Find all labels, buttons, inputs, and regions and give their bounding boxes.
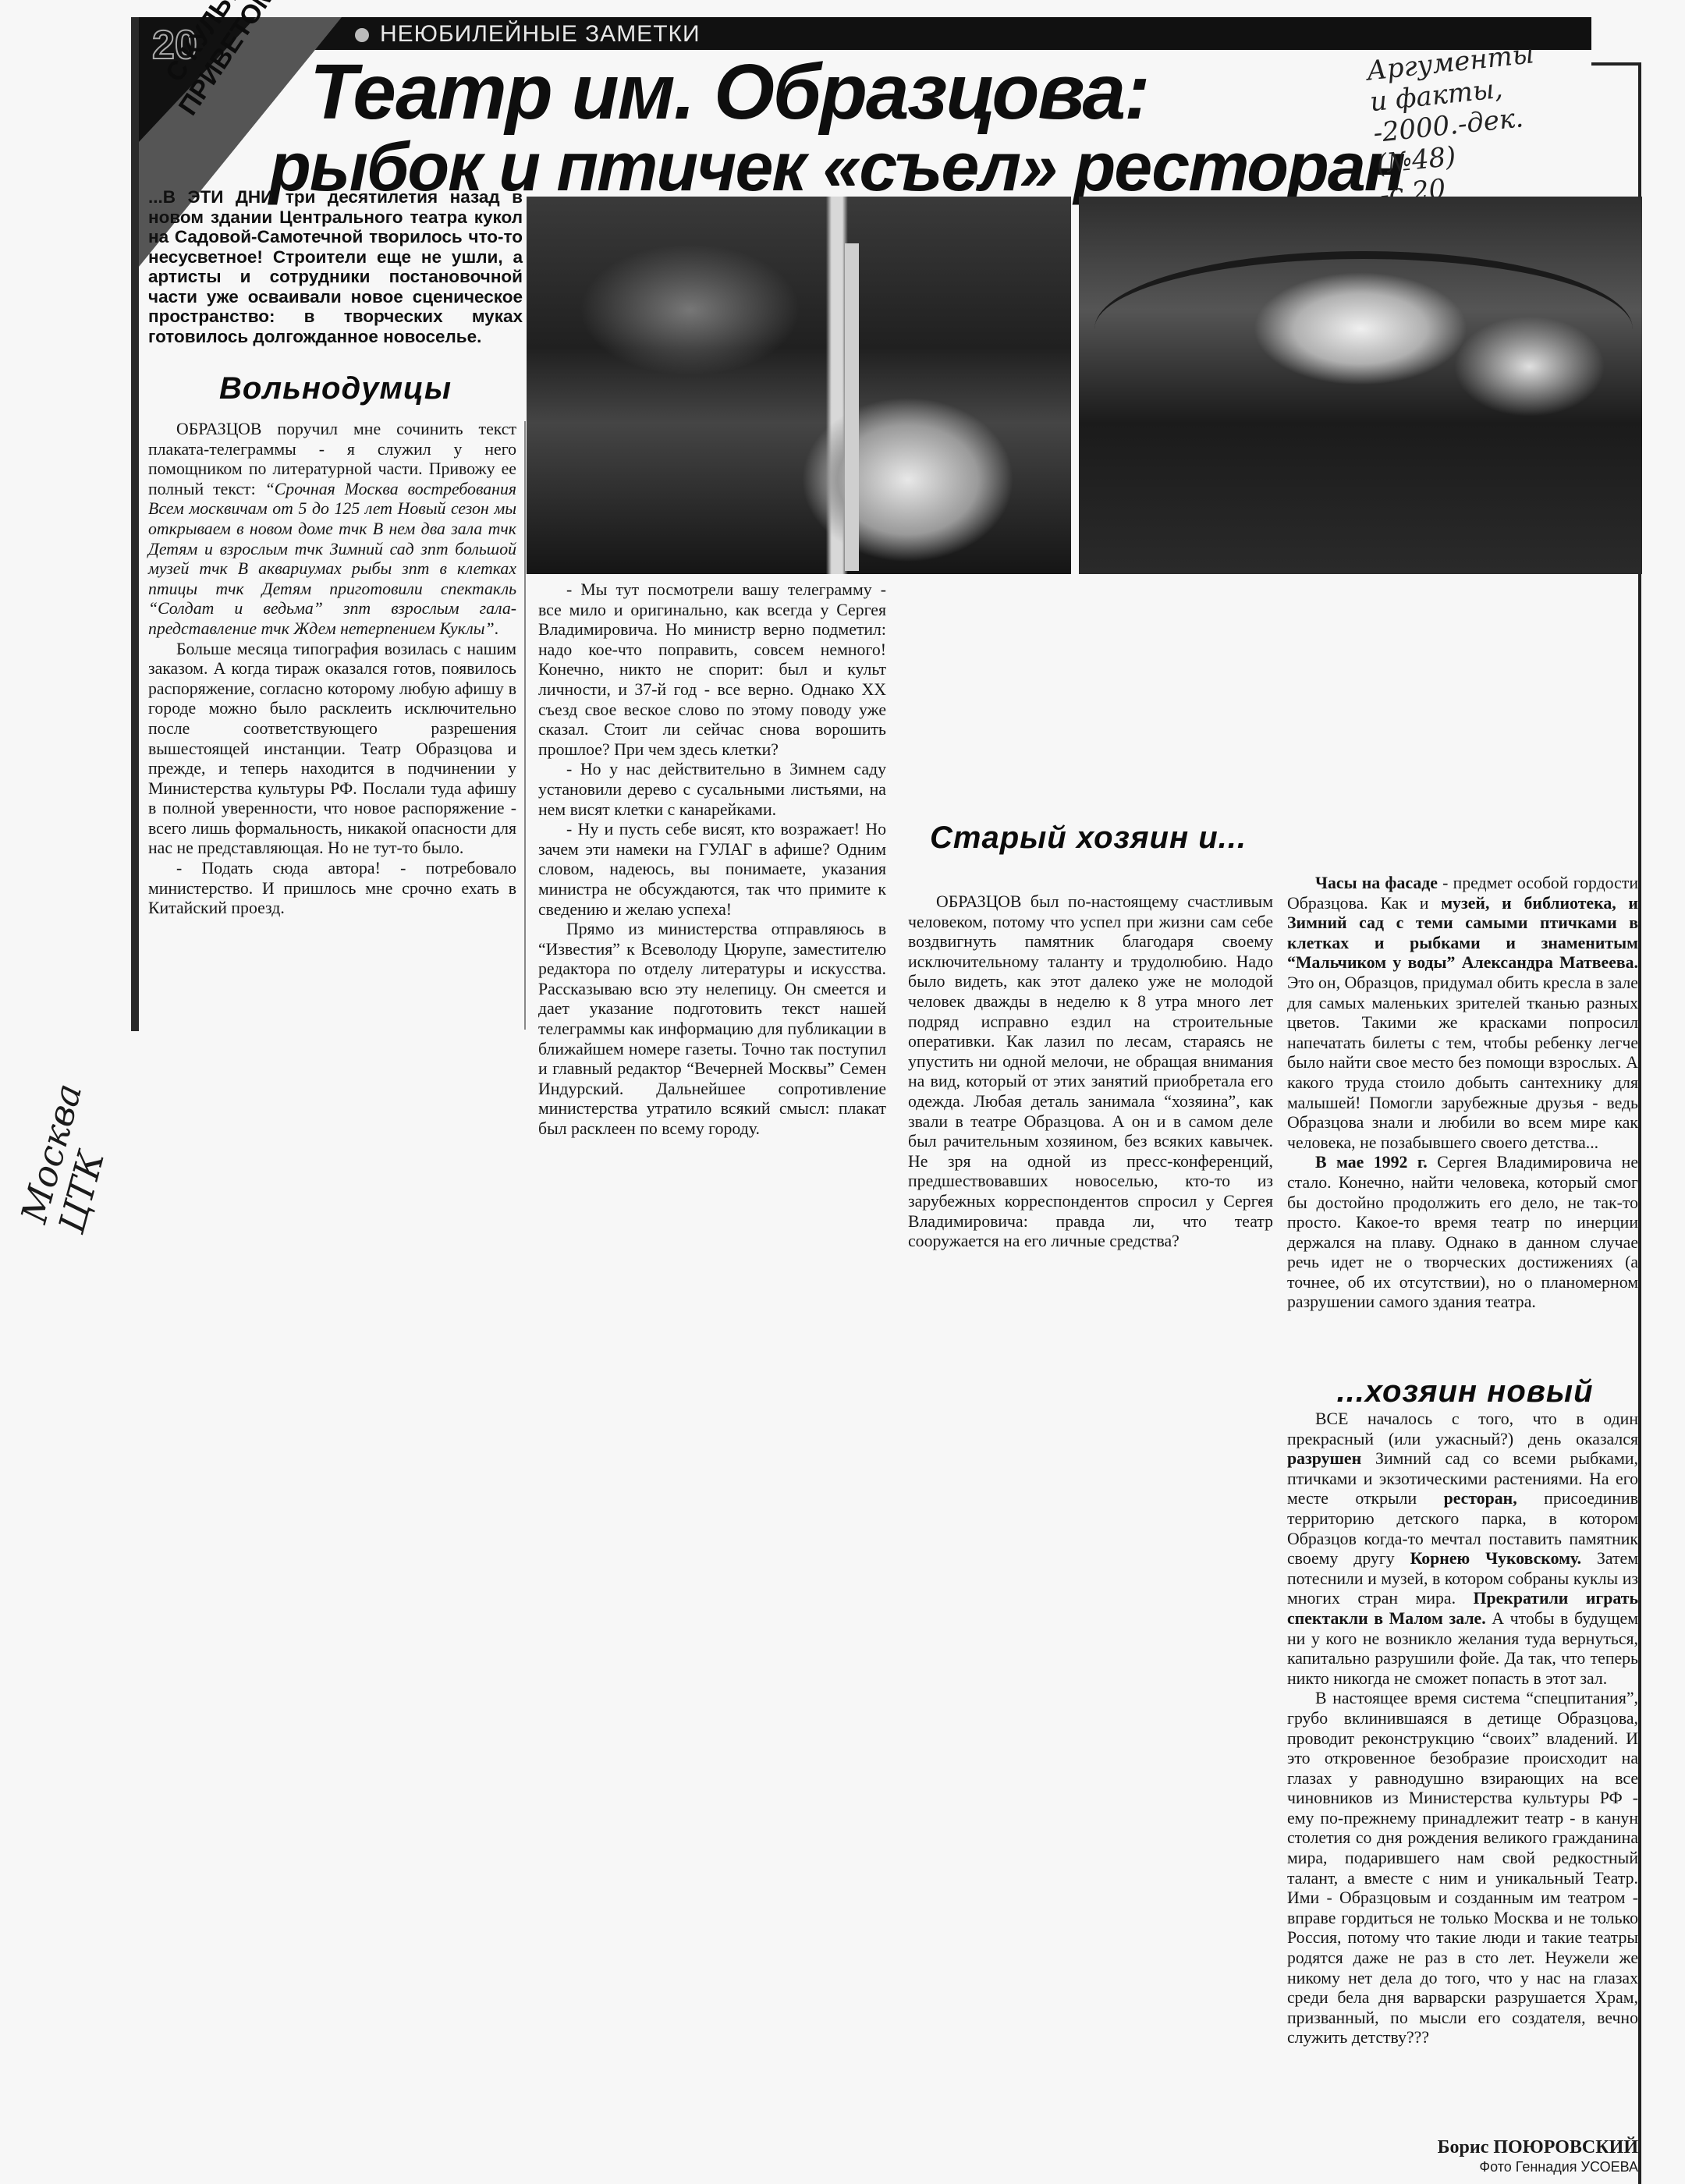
text-column-3: ОБРАЗЦОВ был по-настоящему счастливым че… [908,892,1273,1252]
lead-text: ...В ЭТИ ДНИ три десятилетия назад в нов… [148,187,523,346]
section-band-label: НЕЮБИЛЕЙНЫЕ ЗАМЕТКИ [380,21,701,47]
paragraph: В мае 1992 г. Сергея Владимировича не ст… [1287,1153,1638,1313]
photo-interior [527,197,1071,574]
bold-run: ресторан, [1444,1489,1517,1508]
text-run: Сергея Владимировича не стало. Конечно, … [1287,1153,1638,1311]
bold-run: Корнею Чуковскому. [1410,1549,1582,1568]
photo-detail [845,243,859,571]
bullet-icon [355,28,369,42]
bold-run: В мае 1992 г. [1315,1153,1428,1172]
paragraph: - Мы тут посмотрели вашу телеграмму - вс… [538,580,886,760]
paragraph: Больше месяца типография возилась с наши… [148,640,516,860]
author-byline: Борис ПОЮРОВСКИЙ [1287,2137,1638,2158]
paragraph: Часы на фасаде - предмет особой гордости… [1287,874,1638,1153]
photo-credit: Фото Геннадия УСОЕВА [1287,2159,1638,2175]
paragraph: ВСЕ началось с того, что в один прекрасн… [1287,1409,1638,1689]
text-run: Прямо из министерства отправляюсь в “Изв… [538,920,886,1138]
section-band-title: НЕЮБИЛЕЙНЫЕ ЗАМЕТКИ [355,17,701,50]
paragraph: ОБРАЗЦОВ был по-настоящему счастливым че… [908,892,1273,1252]
text-column-2: - Мы тут посмотрели вашу телеграмму - вс… [538,580,886,1140]
headline-line-1: Театр им. Образцова: [308,53,1404,131]
text-run: . [495,619,498,638]
text-run: ВСЕ началось с того, что в один прекрасн… [1287,1409,1638,1448]
handwritten-source-note: Аргументы и факты, -2000.-дек. (№48) -с.… [1365,38,1548,211]
subheading-volnodumtsy: Вольнодумцы [148,371,523,406]
photo-winter-garden [1079,197,1642,574]
left-border-rule [131,17,139,1031]
subheading-new-master: ...хозяин новый [1286,1374,1644,1409]
paragraph: - Подать сюда автора! - потребовало мини… [148,859,516,919]
text-column-4: Часы на фасаде - предмет особой гордости… [1287,874,1638,1313]
text-run: Это он, Образцов, придумал обить кресла … [1287,973,1638,1152]
text-column-1: ОБРАЗЦОВ поручил мне сочинить текст плак… [148,420,516,919]
paragraph: ОБРАЗЦОВ поручил мне сочинить текст плак… [148,420,516,640]
article-lead: ...В ЭТИ ДНИ три десятилетия назад в нов… [148,187,523,346]
text-column-4b: ВСЕ началось с того, что в один прекрасн… [1287,1409,1638,2048]
right-border-cap [1591,62,1641,66]
headline: Театр им. Образцова: рыбок и птичек «съе… [308,53,1404,203]
column-divider [524,421,526,1030]
bold-run: Часы на фасаде [1315,874,1438,892]
telegram-quote: “Срочная Москва востребования Всем москв… [148,480,516,638]
paragraph: В настоящее время система “спецпитания”,… [1287,1689,1638,2048]
paragraph: - Ну и пусть себе висят, кто возражает! … [538,820,886,920]
margin-handwriting: Москва ЦТК [14,1080,126,1237]
subheading-old-master: Старый хозяин и... [905,821,1272,855]
photo-detail [1094,251,1633,407]
paragraph: Прямо из министерства отправляюсь в “Изв… [538,920,886,1140]
paragraph: - Но у нас действительно в Зимнем саду у… [538,760,886,820]
bold-run: разрушен [1287,1449,1361,1468]
